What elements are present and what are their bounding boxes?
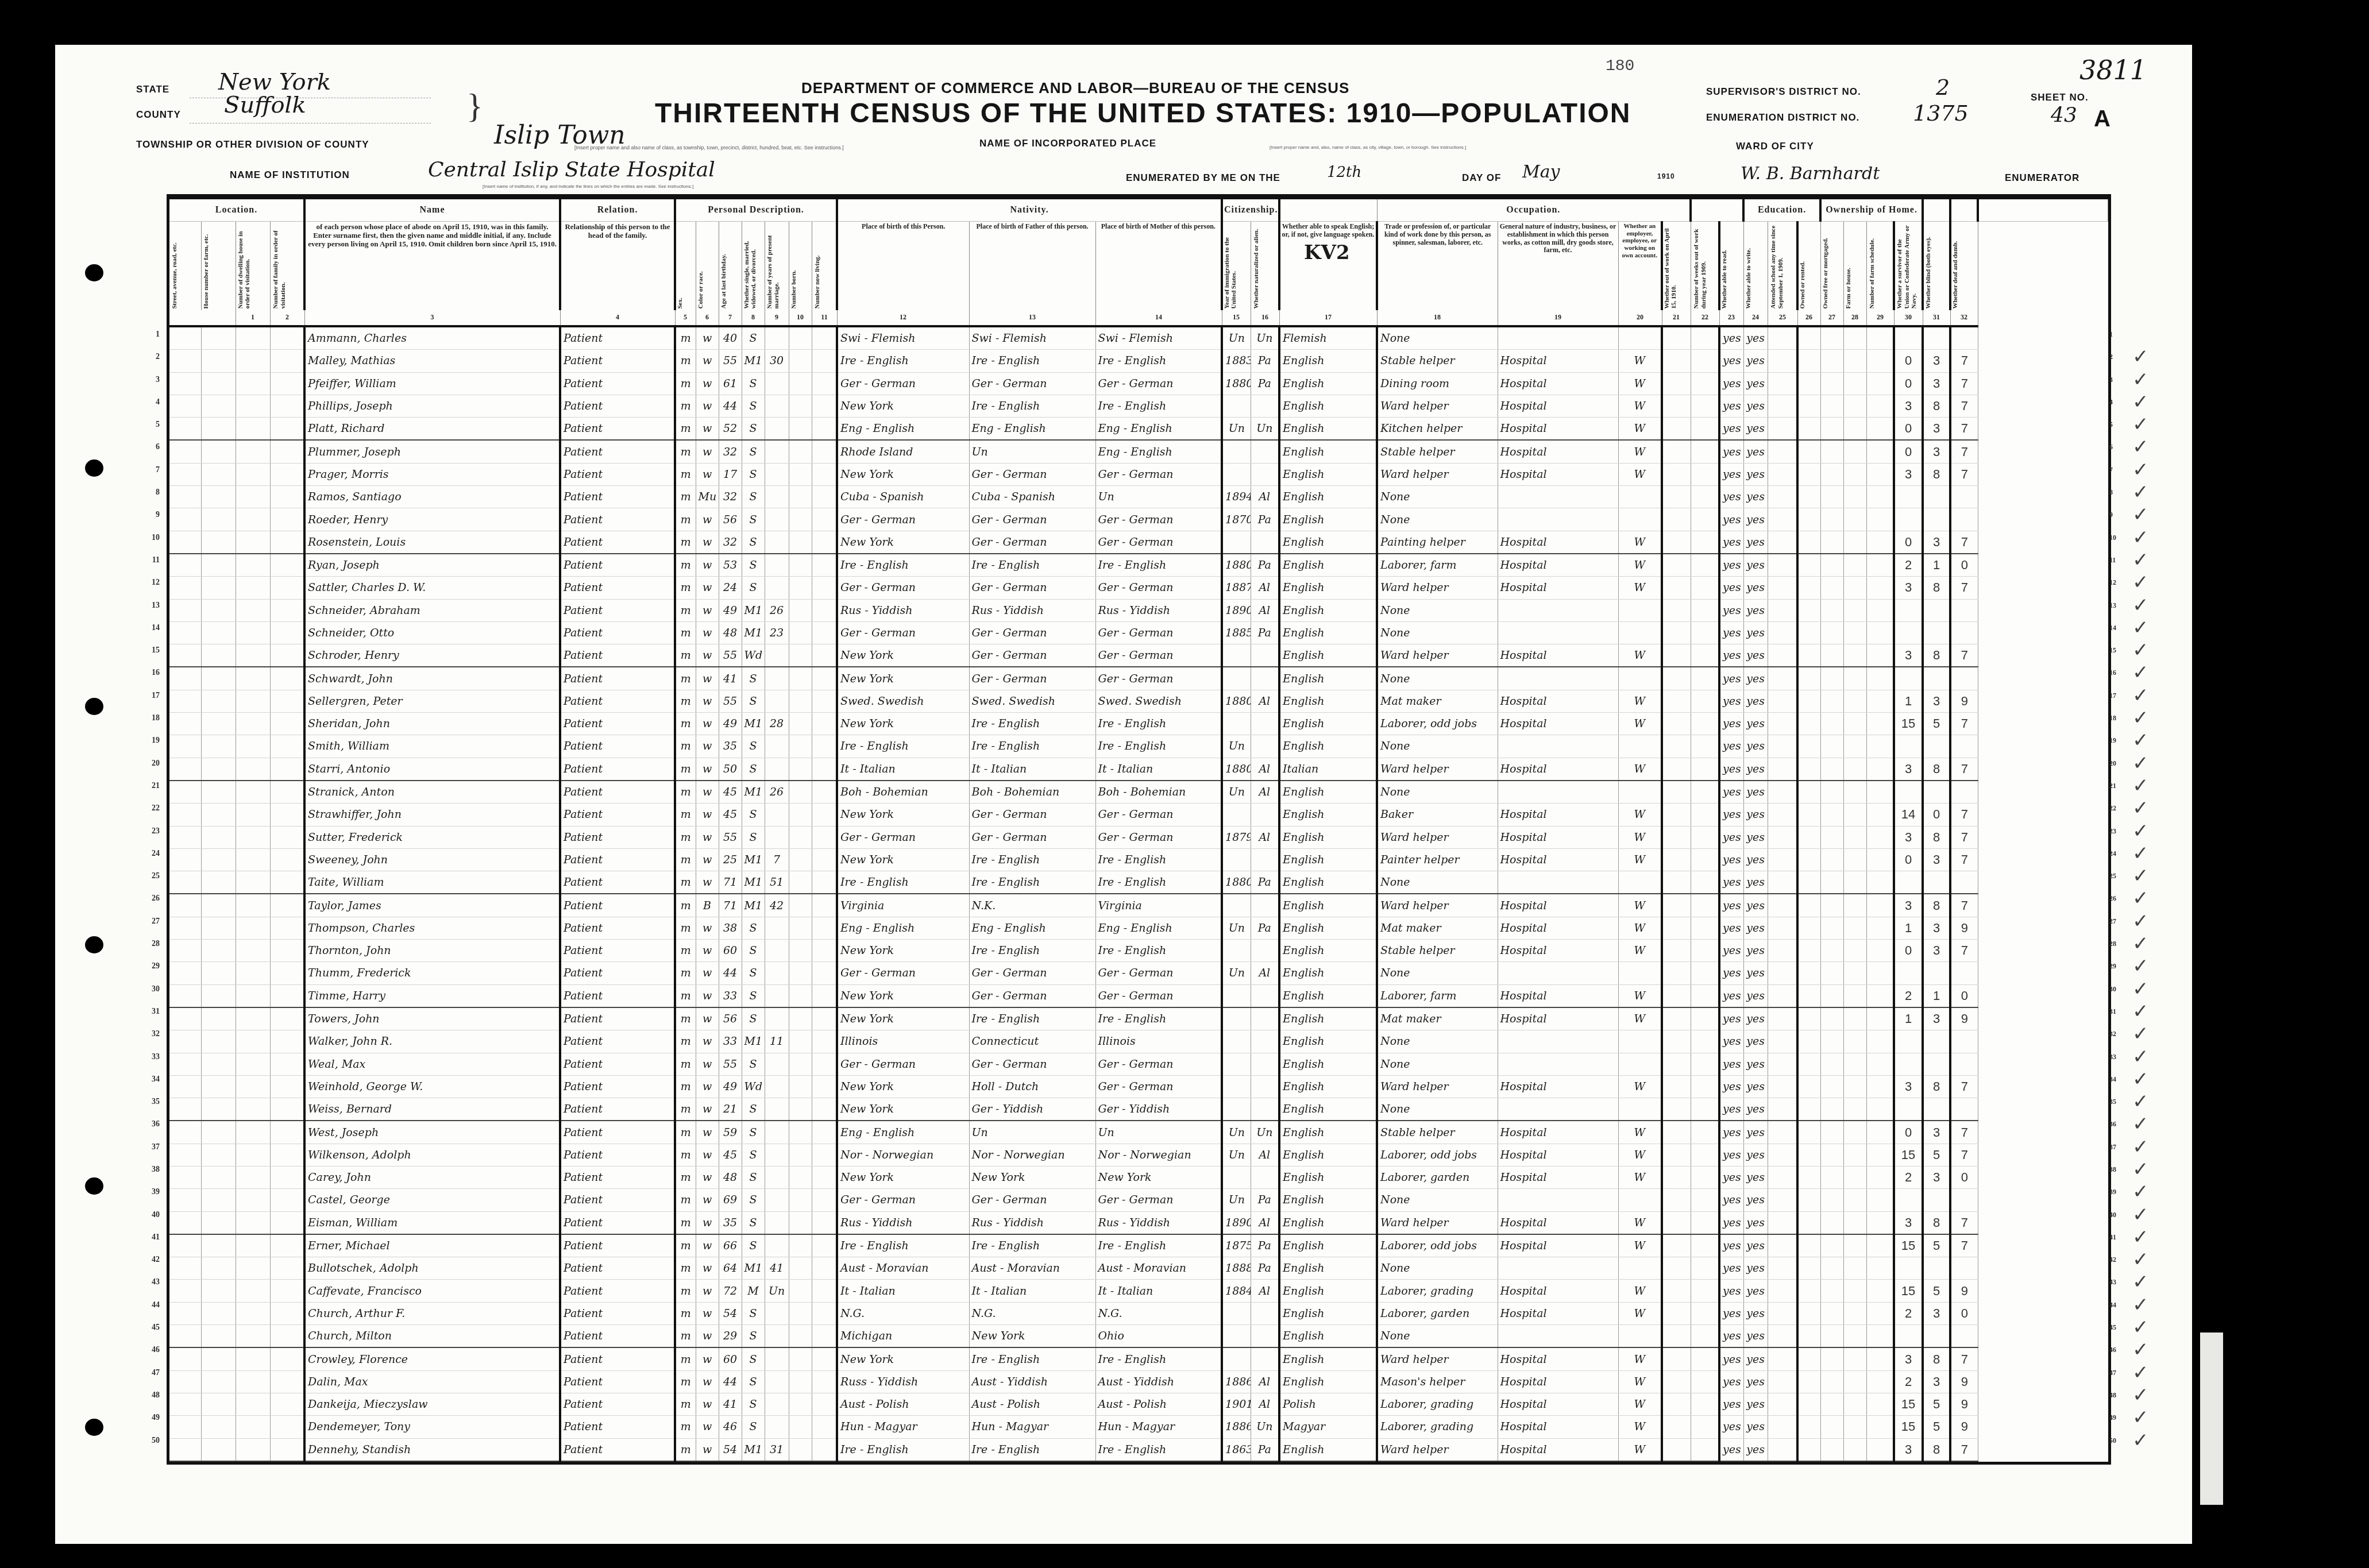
cell-read: yes	[1719, 848, 1743, 871]
cell-empty	[270, 917, 304, 939]
cell-empty	[1662, 395, 1691, 417]
cell-name: Schneider, Abraham	[304, 599, 560, 621]
cell-read: yes	[1719, 1416, 1743, 1438]
column-number: 8	[742, 310, 765, 326]
cell-bf: Ire - English	[969, 1007, 1095, 1030]
check-mark-icon: ✓	[2132, 594, 2167, 617]
check-mark-icon: ✓	[2132, 549, 2167, 571]
cell-codes-0: 15	[1894, 1234, 1923, 1257]
cell-empty	[236, 1189, 270, 1211]
cell-ind: Hospital	[1498, 1075, 1618, 1098]
cell-bp: Aust - Moravian	[837, 1257, 969, 1280]
supervisor-value: 2	[1936, 75, 1950, 100]
cell-emp: W	[1618, 1370, 1662, 1393]
cell-empty	[1866, 1325, 1894, 1348]
cell-trade: Mason's helper	[1377, 1370, 1498, 1393]
cell-ind: Hospital	[1498, 1302, 1618, 1324]
cell-read: yes	[1719, 735, 1743, 758]
cell-bm: Ger - German	[1095, 1075, 1222, 1098]
cell-bm: Virginia	[1095, 894, 1222, 917]
hdr-deaf: Whether deaf and dumb.	[1950, 222, 1978, 311]
cell-bp: Ger - German	[837, 962, 969, 984]
cell-codes-1: 3	[1923, 848, 1950, 871]
cell-trade: Kitchen helper	[1377, 418, 1498, 441]
cell-empty	[1843, 1325, 1866, 1348]
cell-nat: Pa	[1251, 917, 1279, 939]
check-mark-icon: ✓	[2132, 459, 2167, 481]
line-number: 36	[137, 1113, 160, 1136]
cell-bm: Aust - Moravian	[1095, 1257, 1222, 1280]
cell-rel: Patient	[560, 1007, 675, 1030]
cell-write: yes	[1743, 644, 1768, 667]
table-row: Crowley, FlorencePatientmw60SNew YorkIre…	[169, 1347, 2108, 1370]
cell-empty	[201, 508, 236, 531]
cell-ind	[1498, 1189, 1618, 1211]
column-number: 28	[1843, 310, 1866, 326]
cell-age: 21	[719, 1098, 742, 1121]
cell-mar: S	[742, 1121, 765, 1144]
cell-empty	[1662, 1030, 1691, 1053]
cell-ind: Hospital	[1498, 577, 1618, 599]
cell-bp: Ger - German	[837, 1053, 969, 1075]
cell-empty	[812, 1030, 837, 1053]
line-number: 22	[137, 797, 160, 820]
cell-empty	[1662, 713, 1691, 735]
cell-bm: Ire - English	[1095, 871, 1222, 894]
column-number: 5	[675, 310, 696, 326]
cell-empty	[1691, 1370, 1719, 1393]
cell-empty	[1843, 1257, 1866, 1280]
cell-empty	[169, 486, 201, 508]
table-row: Erner, MichaelPatientmw66SIre - EnglishI…	[169, 1234, 2108, 1257]
cell-codes-2	[1950, 962, 1978, 984]
cell-ind: Hospital	[1498, 418, 1618, 441]
hdr-employer: Whether an employer, employee, or workin…	[1618, 222, 1662, 311]
cell-lang: English	[1279, 1098, 1377, 1121]
cell-nat: Al	[1251, 826, 1279, 848]
cell-empty	[270, 463, 304, 485]
cell-codes-2	[1950, 1098, 1978, 1121]
cell-age: 35	[719, 735, 742, 758]
cell-lang: English	[1279, 644, 1377, 667]
table-row: Towers, JohnPatientmw56SNew YorkIre - En…	[169, 1007, 2108, 1030]
cell-empty	[789, 577, 812, 599]
cell-emp	[1618, 599, 1662, 621]
cell-codes-1: 3	[1923, 1121, 1950, 1144]
line-number: 41	[2109, 1226, 2130, 1249]
cell-age: 35	[719, 1211, 742, 1234]
cell-lang: English	[1279, 804, 1377, 826]
line-number: 47	[2109, 1362, 2130, 1384]
cell-empty	[1768, 1234, 1797, 1257]
cell-write: yes	[1743, 577, 1768, 599]
cell-emp	[1618, 1325, 1662, 1348]
cell-nat: Al	[1251, 962, 1279, 984]
cell-empty	[1820, 554, 1843, 577]
cell-codes-0: 3	[1894, 395, 1923, 417]
line-number: 30	[137, 978, 160, 1001]
cell-codes-0: 3	[1894, 758, 1923, 781]
line-number: 42	[137, 1249, 160, 1271]
cell-yrs	[765, 1166, 789, 1188]
cell-race: w	[696, 1144, 719, 1166]
cell-mar: M1	[742, 781, 765, 804]
cell-empty	[236, 894, 270, 917]
cell-empty	[169, 1234, 201, 1257]
cell-rel: Patient	[560, 940, 675, 962]
cell-empty	[1662, 804, 1691, 826]
cell-ind: Hospital	[1498, 395, 1618, 417]
line-number: 10	[2109, 527, 2130, 549]
check-mark-icon: ✓	[2132, 527, 2167, 549]
cell-lang: English	[1279, 667, 1377, 690]
cell-mar: S	[742, 531, 765, 554]
cell-empty	[169, 917, 201, 939]
cell-bm: Nor - Norwegian	[1095, 1144, 1222, 1166]
cell-empty	[201, 1257, 236, 1280]
cell-ind	[1498, 962, 1618, 984]
cell-empty	[169, 735, 201, 758]
cell-sex: m	[675, 690, 696, 712]
cell-empty	[1691, 1347, 1719, 1370]
sheet-label: Sheet No.	[2031, 92, 2089, 103]
cell-name: Thompson, Charles	[304, 917, 560, 939]
cell-empty	[201, 1438, 236, 1461]
cell-empty	[1768, 667, 1797, 690]
cell-mar: S	[742, 508, 765, 531]
cell-imm: Un	[1222, 917, 1251, 939]
cell-empty	[1820, 1393, 1843, 1415]
cell-sex: m	[675, 871, 696, 894]
cell-emp: W	[1618, 804, 1662, 826]
cell-bm: Ger - German	[1095, 463, 1222, 485]
cell-empty	[1691, 871, 1719, 894]
cell-age: 33	[719, 984, 742, 1007]
cell-empty	[1820, 621, 1843, 644]
cell-trade: None	[1377, 1098, 1498, 1121]
cell-codes-0	[1894, 667, 1923, 690]
cell-sex: m	[675, 917, 696, 939]
cell-codes-1	[1923, 1098, 1950, 1121]
cell-bp: Ire - English	[837, 735, 969, 758]
cell-yrs: 30	[765, 350, 789, 372]
line-number: 6	[2109, 436, 2130, 458]
cell-empty	[1820, 804, 1843, 826]
cell-bm: Ire - English	[1095, 1438, 1222, 1461]
cell-codes-2	[1950, 621, 1978, 644]
cell-write: yes	[1743, 1098, 1768, 1121]
cell-sex: m	[675, 1280, 696, 1302]
cell-empty	[812, 599, 837, 621]
cell-bp: New York	[837, 531, 969, 554]
cell-empty	[789, 508, 812, 531]
cell-name: Weiss, Bernard	[304, 1098, 560, 1121]
line-number: 17	[2109, 685, 2130, 707]
cell-codes-1	[1923, 667, 1950, 690]
cell-empty	[169, 826, 201, 848]
cell-empty	[1797, 690, 1820, 712]
cell-empty	[1797, 440, 1820, 463]
cell-race: w	[696, 1257, 719, 1280]
table-row: Timme, HarryPatientmw33SNew YorkGer - Ge…	[169, 984, 2108, 1007]
cell-codes-2: 9	[1950, 1007, 1978, 1030]
cell-empty	[1797, 894, 1820, 917]
cell-ind	[1498, 781, 1618, 804]
cell-sex: m	[675, 1007, 696, 1030]
cell-empty	[1820, 395, 1843, 417]
cell-empty	[1820, 644, 1843, 667]
cell-codes-1	[1923, 326, 1950, 350]
cell-empty	[1662, 984, 1691, 1007]
cell-lang: English	[1279, 917, 1377, 939]
cell-codes-2: 7	[1950, 848, 1978, 871]
cell-bm: Ger - German	[1095, 531, 1222, 554]
cell-trade: Laborer, farm	[1377, 984, 1498, 1007]
cell-codes-2: 7	[1950, 372, 1978, 395]
cell-bm: Aust - Polish	[1095, 1393, 1222, 1415]
cell-lang: English	[1279, 894, 1377, 917]
table-row: Smith, WilliamPatientmw35SIre - EnglishI…	[169, 735, 2108, 758]
cell-age: 55	[719, 826, 742, 848]
cell-read: yes	[1719, 1121, 1743, 1144]
cell-bp: Rus - Yiddish	[837, 1211, 969, 1234]
cell-empty	[789, 1416, 812, 1438]
cell-bm: It - Italian	[1095, 1280, 1222, 1302]
cell-empty	[169, 1030, 201, 1053]
cell-yrs	[765, 667, 789, 690]
cell-empty	[1691, 1166, 1719, 1188]
cell-mar: S	[742, 326, 765, 350]
check-mark-icon: ✓	[2132, 1113, 2167, 1136]
cell-name: Sweeney, John	[304, 848, 560, 871]
cell-yrs: 41	[765, 1257, 789, 1280]
cell-name: Sheridan, John	[304, 713, 560, 735]
cell-ind: Hospital	[1498, 984, 1618, 1007]
cell-empty	[1768, 1416, 1797, 1438]
cell-empty	[1691, 1007, 1719, 1030]
cell-bf: New York	[969, 1166, 1095, 1188]
binder-tab	[2200, 1333, 2223, 1505]
cell-age: 56	[719, 1007, 742, 1030]
table-row: Schneider, AbrahamPatientmw49M126Rus - Y…	[169, 599, 2108, 621]
cell-write: yes	[1743, 418, 1768, 441]
cell-read: yes	[1719, 531, 1743, 554]
line-number: 26	[2109, 887, 2130, 910]
cell-empty	[812, 781, 837, 804]
cell-ind: Hospital	[1498, 440, 1618, 463]
cell-bm: New York	[1095, 1166, 1222, 1188]
cell-empty	[270, 1189, 304, 1211]
line-number: 27	[2109, 910, 2130, 933]
cell-empty	[270, 1416, 304, 1438]
cell-bf: Ger - Yiddish	[969, 1098, 1095, 1121]
cell-name: Erner, Michael	[304, 1234, 560, 1257]
cell-empty	[1768, 940, 1797, 962]
cell-empty	[1768, 1393, 1797, 1415]
cell-codes-0: 0	[1894, 350, 1923, 372]
cell-imm: 1880	[1222, 554, 1251, 577]
cell-bm: Boh - Bohemian	[1095, 781, 1222, 804]
cell-empty	[1820, 1030, 1843, 1053]
cell-sex: m	[675, 804, 696, 826]
cell-empty	[1843, 1416, 1866, 1438]
cell-empty	[1768, 326, 1797, 350]
check-mark-icon: ✓	[2132, 1158, 2167, 1181]
line-number: 39	[137, 1181, 160, 1203]
cell-lang: Italian	[1279, 758, 1377, 781]
cell-read: yes	[1719, 372, 1743, 395]
check-mark-icon: ✓	[2132, 685, 2167, 707]
cell-empty	[1797, 644, 1820, 667]
cell-empty	[1866, 418, 1894, 441]
cell-empty	[1820, 962, 1843, 984]
cell-empty	[236, 1211, 270, 1234]
cell-bp: New York	[837, 940, 969, 962]
cell-emp	[1618, 781, 1662, 804]
line-number: 9	[2109, 504, 2130, 526]
cell-bm: Eng - English	[1095, 418, 1222, 441]
cell-bf: Ger - German	[969, 621, 1095, 644]
cell-empty	[1866, 667, 1894, 690]
cell-yrs	[765, 1234, 789, 1257]
cell-write: yes	[1743, 395, 1768, 417]
column-number: 17	[1279, 310, 1377, 326]
cell-empty	[201, 871, 236, 894]
cell-rel: Patient	[560, 894, 675, 917]
cell-empty	[236, 554, 270, 577]
cell-codes-2: 7	[1950, 1438, 1978, 1461]
cell-race: w	[696, 531, 719, 554]
line-number: 3	[137, 369, 160, 391]
cell-trade: Ward helper	[1377, 1438, 1498, 1461]
table-row: Taylor, JamesPatientmB71M142VirginiaN.K.…	[169, 894, 2108, 917]
cell-name: Bullotschek, Adolph	[304, 1257, 560, 1280]
cell-yrs	[765, 1370, 789, 1393]
cell-bf: Rus - Yiddish	[969, 599, 1095, 621]
cell-empty	[236, 1416, 270, 1438]
cell-empty	[1866, 1416, 1894, 1438]
table-row: Wilkenson, AdolphPatientmw45SNor - Norwe…	[169, 1144, 2108, 1166]
cell-empty	[789, 940, 812, 962]
cell-bm: Ire - English	[1095, 1007, 1222, 1030]
cell-empty	[812, 804, 837, 826]
cell-empty	[1662, 1393, 1691, 1415]
cell-race: w	[696, 826, 719, 848]
cell-empty	[1797, 1347, 1820, 1370]
cell-codes-1: 8	[1923, 577, 1950, 599]
cell-codes-2: 7	[1950, 1121, 1978, 1144]
table-row: Thompson, CharlesPatientmw38SEng - Engli…	[169, 917, 2108, 939]
cell-bf: Ger - German	[969, 372, 1095, 395]
cell-trade: None	[1377, 1189, 1498, 1211]
cell-empty	[1797, 599, 1820, 621]
cell-empty	[1820, 826, 1843, 848]
cell-imm: 1886	[1222, 1416, 1251, 1438]
cell-write: yes	[1743, 1007, 1768, 1030]
cell-empty	[201, 1347, 236, 1370]
cell-nat	[1251, 984, 1279, 1007]
cell-imm	[1222, 848, 1251, 871]
cell-race: w	[696, 940, 719, 962]
cell-codes-1	[1923, 1325, 1950, 1348]
line-number: 13	[137, 594, 160, 617]
cell-empty	[1691, 690, 1719, 712]
census-table: Location. Name Relation. Personal Descri…	[167, 194, 2111, 1465]
cell-imm	[1222, 804, 1251, 826]
cell-race: w	[696, 599, 719, 621]
cell-empty	[1691, 1075, 1719, 1098]
cell-empty	[1768, 917, 1797, 939]
cell-age: 49	[719, 599, 742, 621]
cell-bf: Hun - Magyar	[969, 1416, 1095, 1438]
cell-write: yes	[1743, 1144, 1768, 1166]
cell-trade: Laborer, grading	[1377, 1280, 1498, 1302]
cell-read: yes	[1719, 1189, 1743, 1211]
cell-race: w	[696, 690, 719, 712]
cell-age: 61	[719, 372, 742, 395]
cell-bm: Ger - German	[1095, 667, 1222, 690]
cell-codes-2	[1950, 735, 1978, 758]
hdr-trade: Trade or profession of, or particular ki…	[1377, 222, 1498, 311]
cell-emp	[1618, 735, 1662, 758]
cell-write: yes	[1743, 350, 1768, 372]
cell-empty	[1768, 554, 1797, 577]
line-number: 50	[2109, 1430, 2130, 1452]
cell-empty	[1843, 962, 1866, 984]
cell-codes-1	[1923, 781, 1950, 804]
cell-empty	[270, 1121, 304, 1144]
cell-codes-1: 3	[1923, 350, 1950, 372]
cell-bm: Ger - German	[1095, 508, 1222, 531]
cell-codes-2	[1950, 1030, 1978, 1053]
cell-trade: Baker	[1377, 804, 1498, 826]
cell-sex: m	[675, 395, 696, 417]
cell-bf: Eng - English	[969, 917, 1095, 939]
cell-empty	[169, 894, 201, 917]
cell-empty	[789, 326, 812, 350]
table-row: Dendemeyer, TonyPatientmw46SHun - Magyar…	[169, 1416, 2108, 1438]
cell-empty	[1843, 440, 1866, 463]
cell-empty	[1797, 758, 1820, 781]
cell-name: Taylor, James	[304, 894, 560, 917]
cell-empty	[270, 667, 304, 690]
table-row: Schneider, OttoPatientmw48M123Ger - Germ…	[169, 621, 2108, 644]
check-mark-icon: ✓	[2132, 369, 2167, 391]
cell-empty	[236, 350, 270, 372]
cell-empty	[1866, 326, 1894, 350]
cell-empty	[201, 1053, 236, 1075]
cell-imm: 1875	[1222, 1234, 1251, 1257]
cell-bm: Ire - English	[1095, 1234, 1222, 1257]
cell-bf: Ger - German	[969, 508, 1095, 531]
cell-empty	[1843, 1075, 1866, 1098]
cell-empty	[1691, 1234, 1719, 1257]
cell-empty	[1820, 713, 1843, 735]
cell-imm: 1883	[1222, 350, 1251, 372]
cell-rel: Patient	[560, 713, 675, 735]
cell-empty	[789, 486, 812, 508]
cell-race: w	[696, 1280, 719, 1302]
cell-imm: 1890	[1222, 1211, 1251, 1234]
cell-bf: Ire - English	[969, 1234, 1095, 1257]
cell-emp: W	[1618, 440, 1662, 463]
cell-empty	[1797, 486, 1820, 508]
cell-empty	[1662, 463, 1691, 485]
cell-nat: Al	[1251, 781, 1279, 804]
cell-yrs	[765, 690, 789, 712]
cell-empty	[1797, 984, 1820, 1007]
table-row: Sheridan, JohnPatientmw49M128New YorkIre…	[169, 713, 2108, 735]
